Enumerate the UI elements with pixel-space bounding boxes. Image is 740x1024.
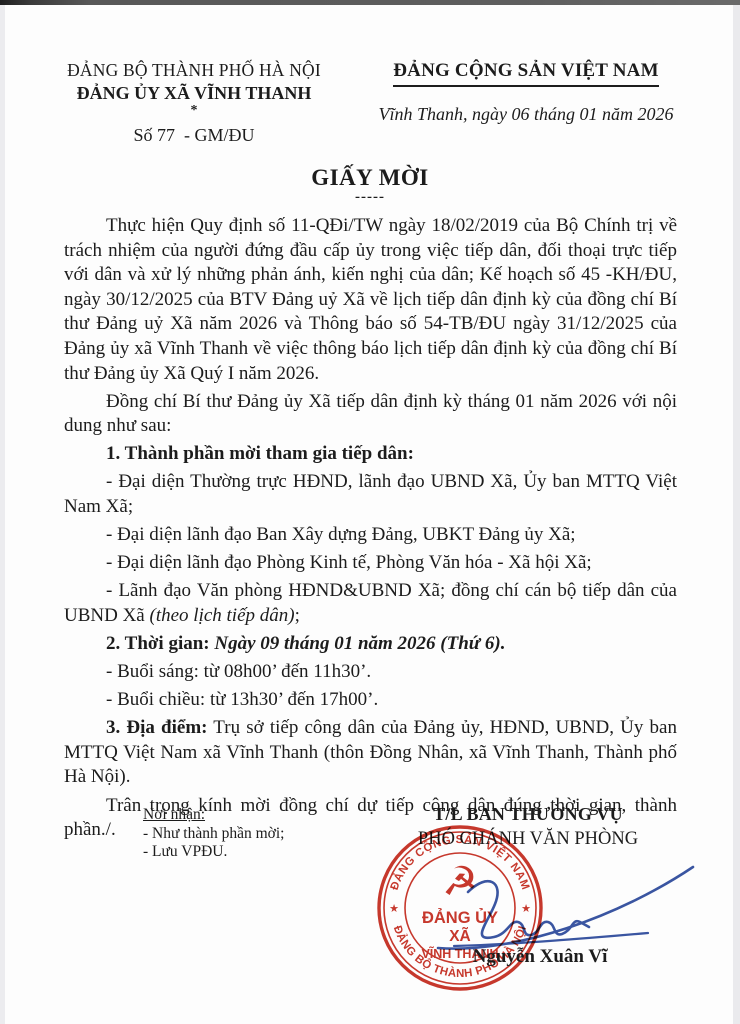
section1-item-3: - Đại diện lãnh đạo Phòng Kinh tế, Phòng… [64,551,677,576]
section2-label: 2. Thời gian: [106,633,210,654]
stamp-center-line2: XÃ [449,927,471,945]
section1-item-1: - Đại diện Thường trực HĐND, lãnh đạo UB… [64,470,677,519]
stamp-star-left-icon: ★ [389,903,399,915]
paragraph-legal-basis: Thực hiện Quy định số 11-QĐi/TW ngày 18/… [64,214,677,386]
issuer-block: ĐẢNG BỘ THÀNH PHỐ HÀ NỘI ĐẢNG ỦY XÃ VĨNH… [40,60,348,146]
section1-item-4-note: (theo lịch tiếp dân) [150,605,295,626]
section2-item-afternoon: - Buổi chiều: từ 13h30’ đến 17h00’. [64,688,677,713]
motto-block: ĐẢNG CỘNG SẢN VIỆT NAM Vĩnh Thanh, ngày … [348,60,704,146]
recipients-block: Nơi nhận: - Như thành phần mời; - Lưu VP… [143,806,284,862]
section1-heading: 1. Thành phần mời tham gia tiếp dân: [64,442,677,467]
section1-item-4-tail: ; [295,605,300,626]
document-title: GIẤY MỜI [0,165,740,191]
document-number: Số 77 - GM/ĐU [40,125,348,146]
stamp-center-line1: ĐẢNG ỦY [422,908,498,927]
parent-org-name: ĐẢNG BỘ THÀNH PHỐ HÀ NỘI [40,60,348,81]
place-and-date: Vĩnh Thanh, ngày 06 tháng 01 năm 2026 [348,104,704,125]
stamp-star-right-icon: ★ [521,903,531,915]
section2-line: 2. Thời gian: Ngày 09 tháng 01 năm 2026 … [64,632,677,657]
scanned-document-page: ĐẢNG BỘ THÀNH PHỐ HÀ NỘI ĐẢNG ỦY XÃ VĨNH… [0,0,740,1024]
scan-edge-left [0,5,5,1024]
section3-label: 3. Địa điểm: [106,717,208,738]
national-motto: ĐẢNG CỘNG SẢN VIỆT NAM [393,60,659,87]
issuer-org-name: ĐẢNG ỦY XÃ VĨNH THANH [40,83,348,104]
recipients-label: Nơi nhận: [143,806,284,825]
title-divider: ----- [0,191,740,203]
recipient-item-1: - Như thành phần mời; [143,825,284,844]
section3-line: 3. Địa điểm: Trụ sở tiếp công dân của Đả… [64,716,677,790]
scan-edge-right [733,5,740,1024]
section1-item-2: - Đại diện lãnh đạo Ban Xây dựng Đảng, U… [64,523,677,548]
document-header: ĐẢNG BỘ THÀNH PHỐ HÀ NỘI ĐẢNG ỦY XÃ VĨNH… [0,0,740,146]
scan-edge-top [0,0,740,5]
section2-item-morning: - Buổi sáng: từ 08h00’ đến 11h30’. [64,660,677,685]
paragraph-intro: Đồng chí Bí thư Đảng ủy Xã tiếp dân định… [64,390,677,439]
section2-value: Ngày 09 tháng 01 năm 2026 (Thứ 6). [210,633,506,654]
document-body: Thực hiện Quy định số 11-QĐi/TW ngày 18/… [64,214,677,843]
recipient-item-2: - Lưu VPĐU. [143,843,284,862]
hammer-sickle-icon: ☭ [442,860,478,904]
signer-name: Nguyễn Xuân Vĩ [400,946,680,968]
official-red-stamp: ĐẢNG CỘNG SẢN VIỆT NAM ĐẢNG BỘ THÀNH PHỐ… [374,822,546,994]
section1-item-4: - Lãnh đạo Văn phòng HĐND&UBND Xã; đồng … [64,579,677,628]
org-separator-star: * [40,104,348,118]
